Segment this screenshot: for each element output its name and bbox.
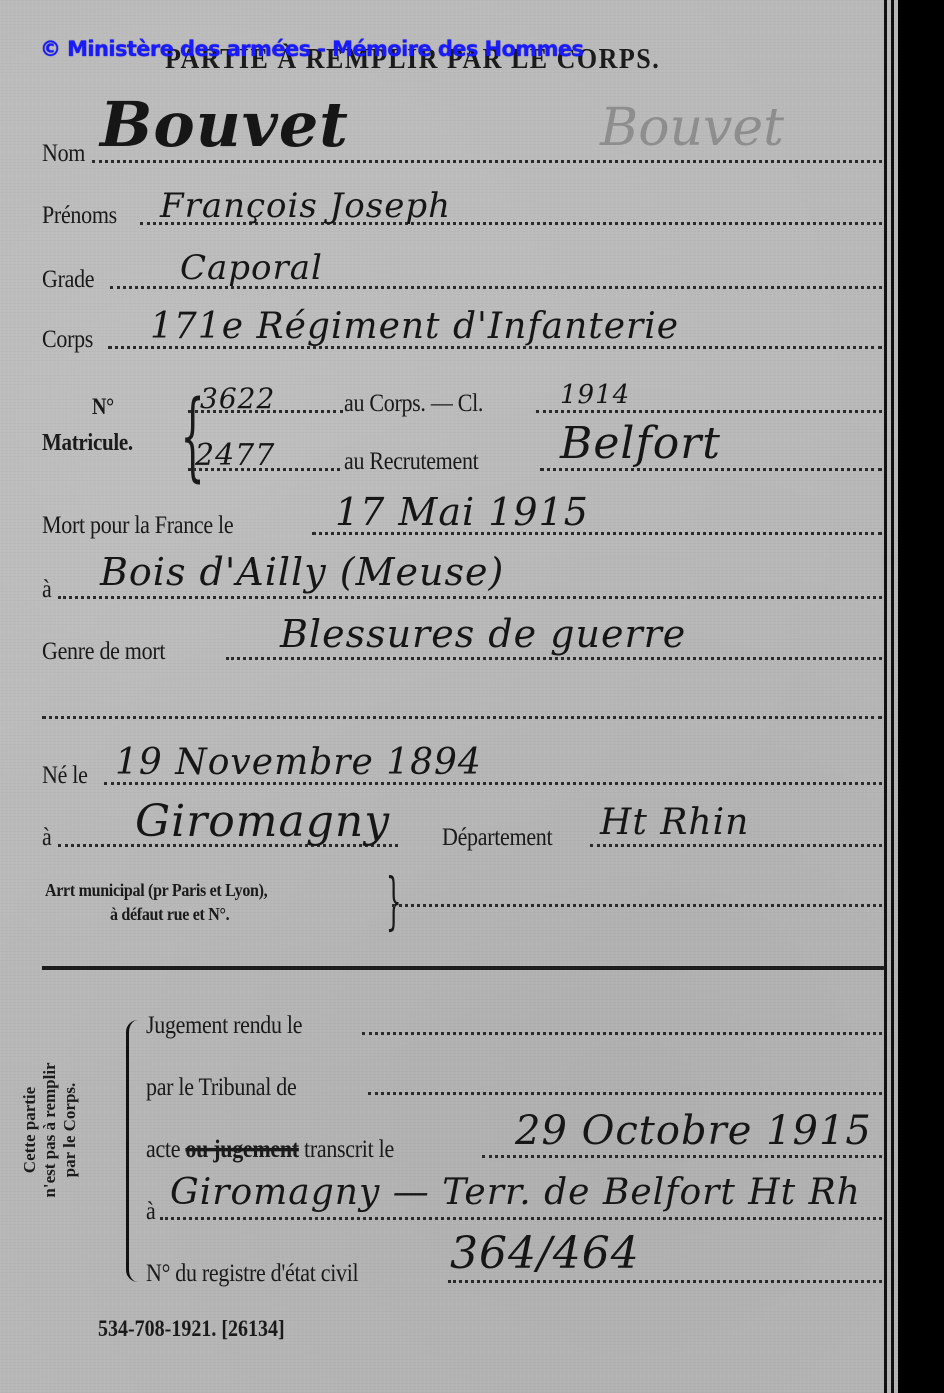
- side-note-line2: n'est pas à remplir: [40, 1030, 60, 1230]
- corps-label: Corps: [42, 324, 93, 354]
- side-note-line3: par le Corps.: [60, 1030, 80, 1230]
- registre-value: 364/464: [450, 1228, 640, 1279]
- acte-line: [482, 1155, 882, 1158]
- acte-label-start: acte: [146, 1134, 180, 1163]
- nom-label: Nom: [42, 138, 85, 168]
- jugement-label: Jugement rendu le: [146, 1010, 302, 1040]
- ne-le-value: 19 Novembre 1894: [115, 742, 482, 783]
- document-card: © Ministère des armées - Mémoire des Hom…: [0, 0, 898, 1393]
- corps-number-value: 3622: [200, 382, 275, 415]
- classe-line: [536, 410, 882, 413]
- matricule-label: Matricule.: [42, 428, 133, 457]
- grade-label: Grade: [42, 264, 94, 294]
- copyright-watermark: © Ministère des armées - Mémoire des Hom…: [40, 37, 583, 61]
- recrutement-value: Belfort: [560, 418, 721, 469]
- acte-label: acte ou jugement transcrit le: [146, 1134, 394, 1164]
- registre-line: [448, 1280, 882, 1283]
- side-note-line1: Cette partie: [20, 1030, 40, 1230]
- genre-de-mort-label: Genre de mort: [42, 636, 165, 666]
- mort-a-value: Bois d'Ailly (Meuse): [100, 550, 504, 594]
- tribunal-label: par le Tribunal de: [146, 1072, 296, 1102]
- classe-value: 1914: [560, 380, 630, 410]
- tribunal-line: [368, 1092, 882, 1095]
- ne-a-label: à: [42, 822, 51, 852]
- right-border-line: [891, 0, 894, 1393]
- grade-value: Caporal: [180, 248, 323, 288]
- departement-line: [590, 844, 882, 847]
- civil-section-bracket: [126, 1020, 139, 1282]
- mort-a-line: [58, 596, 882, 599]
- genre-de-mort-value: Blessures de guerre: [280, 612, 686, 656]
- prenoms-value: François Joseph: [160, 186, 451, 226]
- civil-a-line: [160, 1217, 882, 1220]
- arrondissement-label-line1: Arrt municipal (pr Paris et Lyon),: [45, 881, 267, 902]
- matricule-no-label: N°: [92, 395, 114, 421]
- ne-le-label: Né le: [42, 760, 88, 790]
- side-note: Cette partie n'est pas à remplir par le …: [20, 1030, 80, 1230]
- genre-de-mort-line: [226, 657, 882, 660]
- civil-a-label: à: [146, 1196, 155, 1226]
- nom-ghost-value: Bouvet: [600, 98, 784, 158]
- departement-value: Ht Rhin: [600, 802, 749, 843]
- print-code: 534-708-1921. [26134]: [98, 1316, 285, 1342]
- mort-a-label: à: [42, 574, 51, 604]
- departement-label: Département: [442, 822, 552, 852]
- arrondissement-line: [392, 904, 882, 907]
- recrutement-label: au Recrutement: [344, 446, 478, 476]
- ne-a-value: Giromagny: [135, 796, 390, 847]
- section-divider: [42, 966, 885, 970]
- acte-label-end: transcrit le: [304, 1134, 394, 1163]
- mort-le-value: 17 Mai 1915: [335, 490, 589, 534]
- acte-value: 29 Octobre 1915: [515, 1108, 872, 1154]
- acte-label-struck: ou jugement: [185, 1134, 298, 1163]
- registre-label: N° du registre d'état civil: [146, 1258, 358, 1288]
- extra-line: [42, 716, 882, 719]
- prenoms-label: Prénoms: [42, 200, 117, 230]
- corps-value: 171e Régiment d'Infanterie: [150, 306, 679, 347]
- corps-cl-label: au Corps. — Cl.: [344, 388, 483, 418]
- recrutement-number-value: 2477: [195, 438, 275, 473]
- civil-a-value: Giromagny — Terr. de Belfort Ht Rh: [170, 1172, 885, 1213]
- nom-value: Bouvet: [100, 88, 349, 161]
- arrondissement-label-line2: à défaut rue et N°.: [110, 905, 229, 926]
- mort-le-label: Mort pour la France le: [42, 510, 233, 540]
- jugement-line: [362, 1032, 882, 1035]
